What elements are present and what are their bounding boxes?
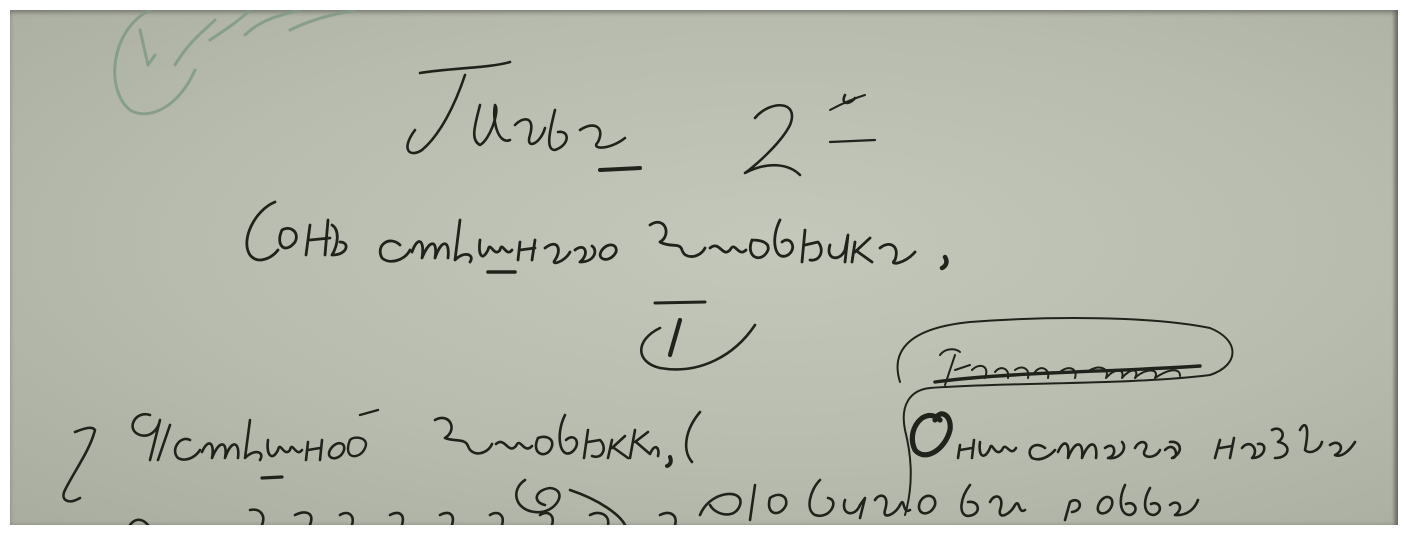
title-line [247,202,947,272]
pencil-annotation [115,10,355,114]
body-line-2 [130,480,1198,525]
page-edge-shadow [1392,10,1398,525]
chapter-heading [407,62,875,175]
manuscript-page: Сочи Глава 2-я Сонъ смѣшнаго человѣка. I… [10,10,1398,525]
body-line-1 [63,410,1355,501]
section-number-encircled [641,302,755,369]
handwriting-layer [10,10,1398,525]
